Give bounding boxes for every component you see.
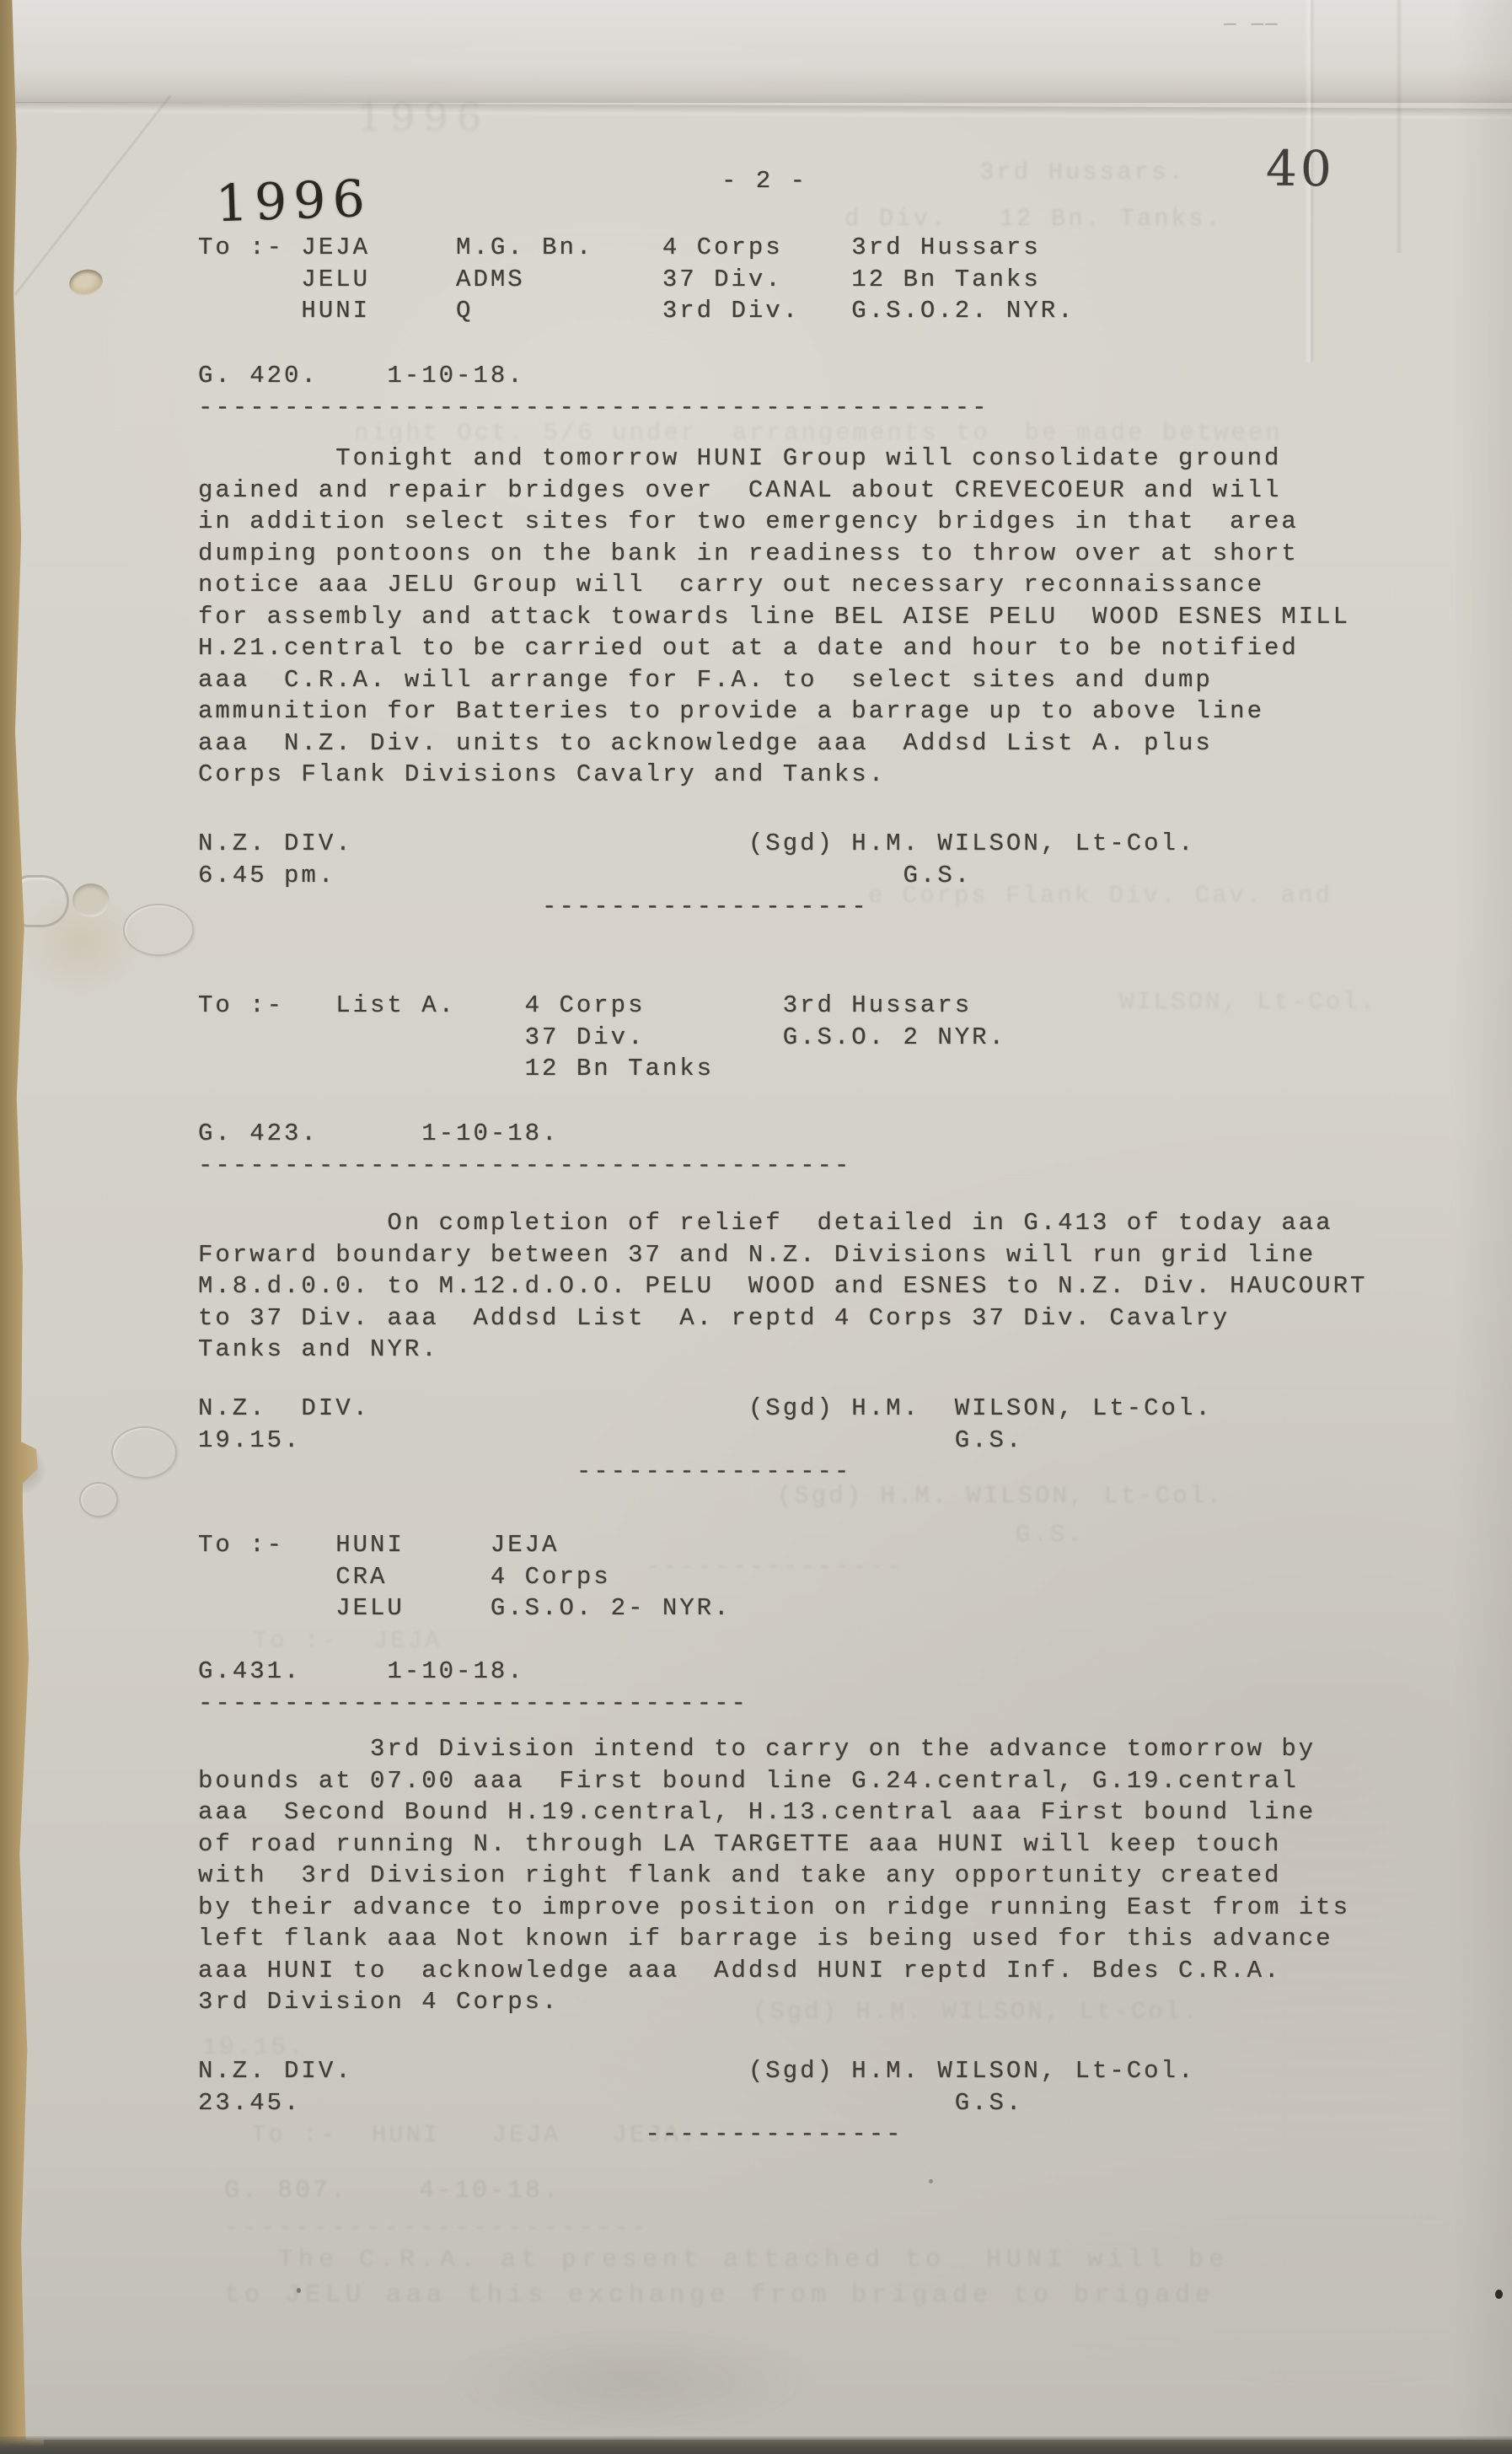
typed-block-message-g423-body: On completion of relief detailed in G.41… (198, 1207, 1367, 1366)
serial-stamp: 1996 (215, 169, 373, 234)
document-scan: 1996 - 2 - 40 To :- JEJA M.G. Bn. 4 Corp… (0, 0, 1512, 2454)
typed-block-distribution-table-1: To :- JEJA M.G. Bn. 4 Corps 3rd Hussars … (198, 232, 1075, 327)
typed-block-reference-g423: G. 423. 1-10-18. -----------------------… (198, 1118, 851, 1181)
ghost-bleedthrough-text: G. 807. 4-10-18. (224, 2177, 560, 2205)
paper-sheet: 1996 - 2 - 40 To :- JEJA M.G. Bn. 4 Corp… (0, 0, 1512, 2440)
ghost-bleedthrough-text: WILSON, Lt-Col. (1119, 988, 1377, 1016)
ghost-bleedthrough-text: 1996 (357, 94, 490, 140)
vertical-crease (1396, 0, 1402, 253)
diagonal-crease (13, 94, 171, 295)
right-edge-shade (1453, 0, 1512, 2440)
ghost-bleedthrough-text: To :- JEJA (253, 1627, 442, 1655)
ghost-bleedthrough-text: The C.R.A. at present attached to HUNI w… (278, 2246, 1229, 2274)
typed-block-distribution-table-2: To :- List A. 4 Corps 3rd Hussars 37 Div… (198, 990, 1006, 1085)
ghost-bleedthrough-text: 19.15. (202, 2033, 305, 2061)
ghost-bleedthrough-text: d Div. 12 Bn. Tanks. (844, 205, 1223, 233)
ghost-bleedthrough-text: e Corps Flank Div. Cav. and (868, 882, 1332, 910)
ghost-bleedthrough-text: night Oct. 5/6 under arrangements to be … (354, 419, 1283, 447)
typed-block-message-g431-body: 3rd Division intend to carry on the adva… (198, 1733, 1350, 2018)
ghost-bleedthrough-text: to JELU aaa this exchange from brigade t… (224, 2281, 1215, 2310)
ring-impression (79, 1482, 118, 1517)
horizontal-crease (0, 102, 1512, 121)
ghost-bleedthrough-text: (Sgd) H.M. WILSON, Lt-Col. (753, 1998, 1199, 2026)
ring-impression (111, 1426, 177, 1479)
ghost-bleedthrough-text: — —— (1224, 13, 1279, 36)
ghost-bleedthrough-text: G.S. (1016, 1521, 1085, 1549)
typed-block-reference-g420: G. 420. 1-10-18. -----------------------… (198, 360, 989, 423)
top-fold-area (0, 0, 1512, 103)
typed-block-signature-g423: N.Z. DIV. (Sgd) H.M. WILSON, Lt-Col. 19.… (198, 1393, 1213, 1488)
ink-speck (929, 2179, 933, 2183)
ring-impression (123, 904, 194, 956)
typed-block-reference-g431: G.431. 1-10-18. ------------------------… (198, 1656, 748, 1719)
ghost-bleedthrough-text: ------------------------ (224, 2214, 649, 2242)
bottom-scan-edge (0, 2436, 1512, 2454)
punch-hole (72, 883, 110, 917)
stain (447, 2327, 818, 2436)
ink-speck (1495, 2290, 1503, 2299)
ghost-bleedthrough-text: 3rd Hussars. (979, 158, 1186, 186)
ghost-bleedthrough-text: To :- HUNI JEJA JEJA. (251, 2121, 698, 2149)
ghost-bleedthrough-text: (Sgd) H.M. WILSON, Lt-Col. (777, 1482, 1224, 1510)
ghost-bleedthrough-text: --------------- (646, 1553, 903, 1581)
page-number: - 2 - (721, 165, 807, 197)
punch-hole (67, 266, 105, 298)
typed-block-message-g420-body: Tonight and tomorrow HUNI Group will con… (198, 443, 1350, 791)
folio-number: 40 (1266, 140, 1335, 198)
